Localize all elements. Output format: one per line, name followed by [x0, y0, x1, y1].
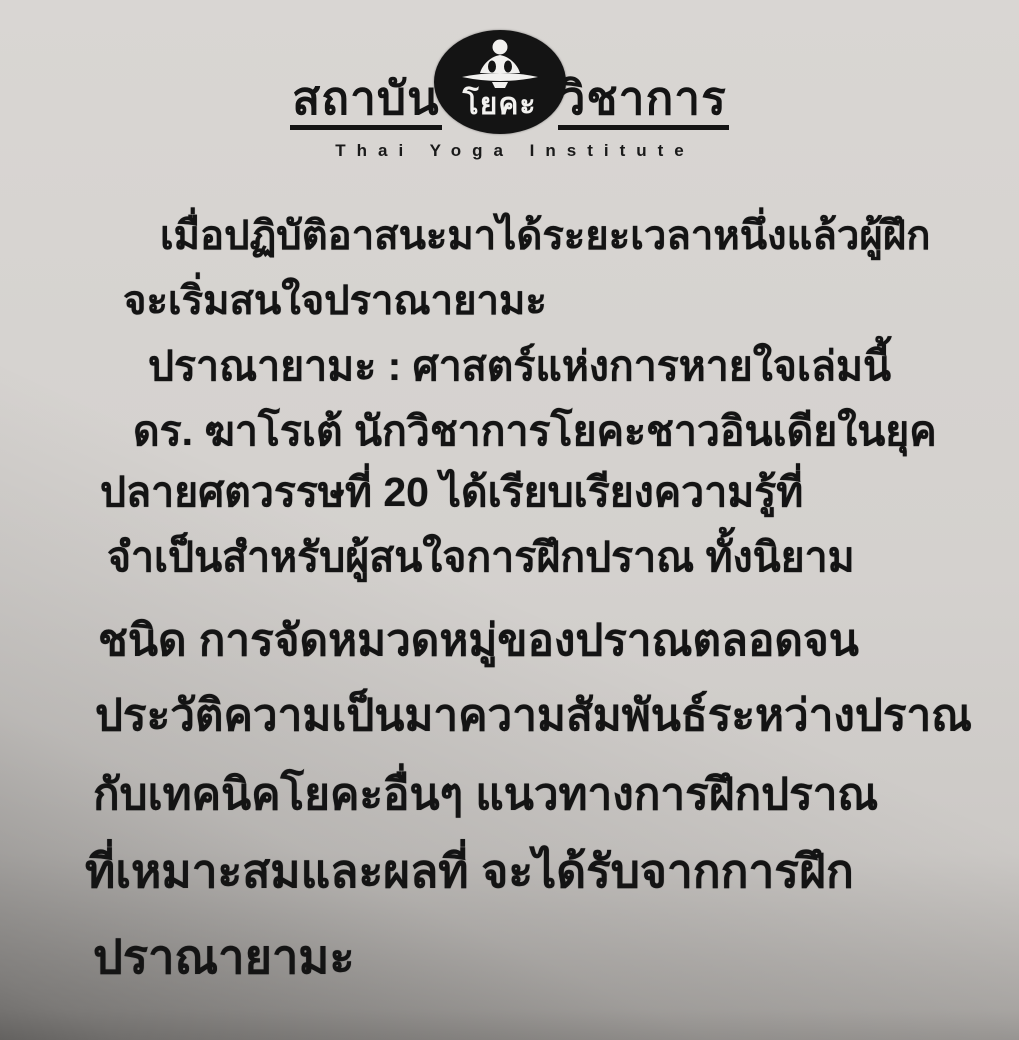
text-line-5: ปลายศตวรรษที่ 20 ได้เรียบเรียงความรู้ที่ — [100, 463, 1019, 522]
text-line-11: ปราณายามะ — [93, 923, 1019, 991]
text-line-3: ปราณายามะ : ศาสตร์แห่งการหายใจเล่มนี้ — [148, 337, 1019, 396]
thai-yoga-institute-logo: สถาบัน โยคะ วิชาการ Thai Yoga Institute — [0, 0, 1019, 161]
photographed-document-page: สถาบัน โยคะ วิชาการ Thai Yoga Institute … — [0, 0, 1019, 1040]
text-line-6: จำเป็นสำหรับผู้สนใจการฝึกปราณ ทั้งนิยาม — [107, 528, 1019, 587]
text-line-9: กับเทคนิคโยคะอื่นๆ แนวทางการฝึกปราณ — [93, 763, 1019, 827]
logo-word-yoga-thai: โยคะ — [463, 90, 537, 120]
text-line-10: ที่เหมาะสมและผลที่ จะได้รับจากการฝึก — [85, 838, 1019, 905]
text-line-8: ประวัติความเป็นมาความสัมพันธ์ระหว่างปราณ — [95, 684, 1019, 748]
text-line-3-rest: ศาสตร์แห่งการหายใจเล่มนี้ — [401, 343, 891, 389]
logo-thai-wordmark: สถาบัน โยคะ วิชาการ — [290, 30, 729, 134]
text-line-7: ชนิด การจัดหมวดหมู่ของปราณตลอดจน — [98, 609, 1019, 673]
logo-english-name: Thai Yoga Institute — [324, 141, 695, 161]
meditating-figure-icon — [456, 36, 544, 92]
document-body: เมื่อปฏิบัติอาสนะมาได้ระยะเวลาหนึ่งแล้วผ… — [0, 207, 1019, 991]
text-line-1: เมื่อปฏิบัติอาสนะมาได้ระยะเวลาหนึ่งแล้วผ… — [160, 207, 1019, 265]
text-line-4: ดร. ฆาโรเต้ นักวิชาการโยคะชาวอินเดียในยุ… — [133, 402, 1019, 461]
pranayama-bold-lead: ปราณายามะ : — [148, 343, 401, 389]
logo-oval-emblem: โยคะ — [434, 30, 566, 134]
logo-word-sathaban: สถาบัน — [290, 74, 441, 130]
logo-word-wichakan: วิชาการ — [558, 74, 729, 130]
text-line-2: จะเริ่มสนใจปราณายามะ — [123, 272, 1019, 330]
